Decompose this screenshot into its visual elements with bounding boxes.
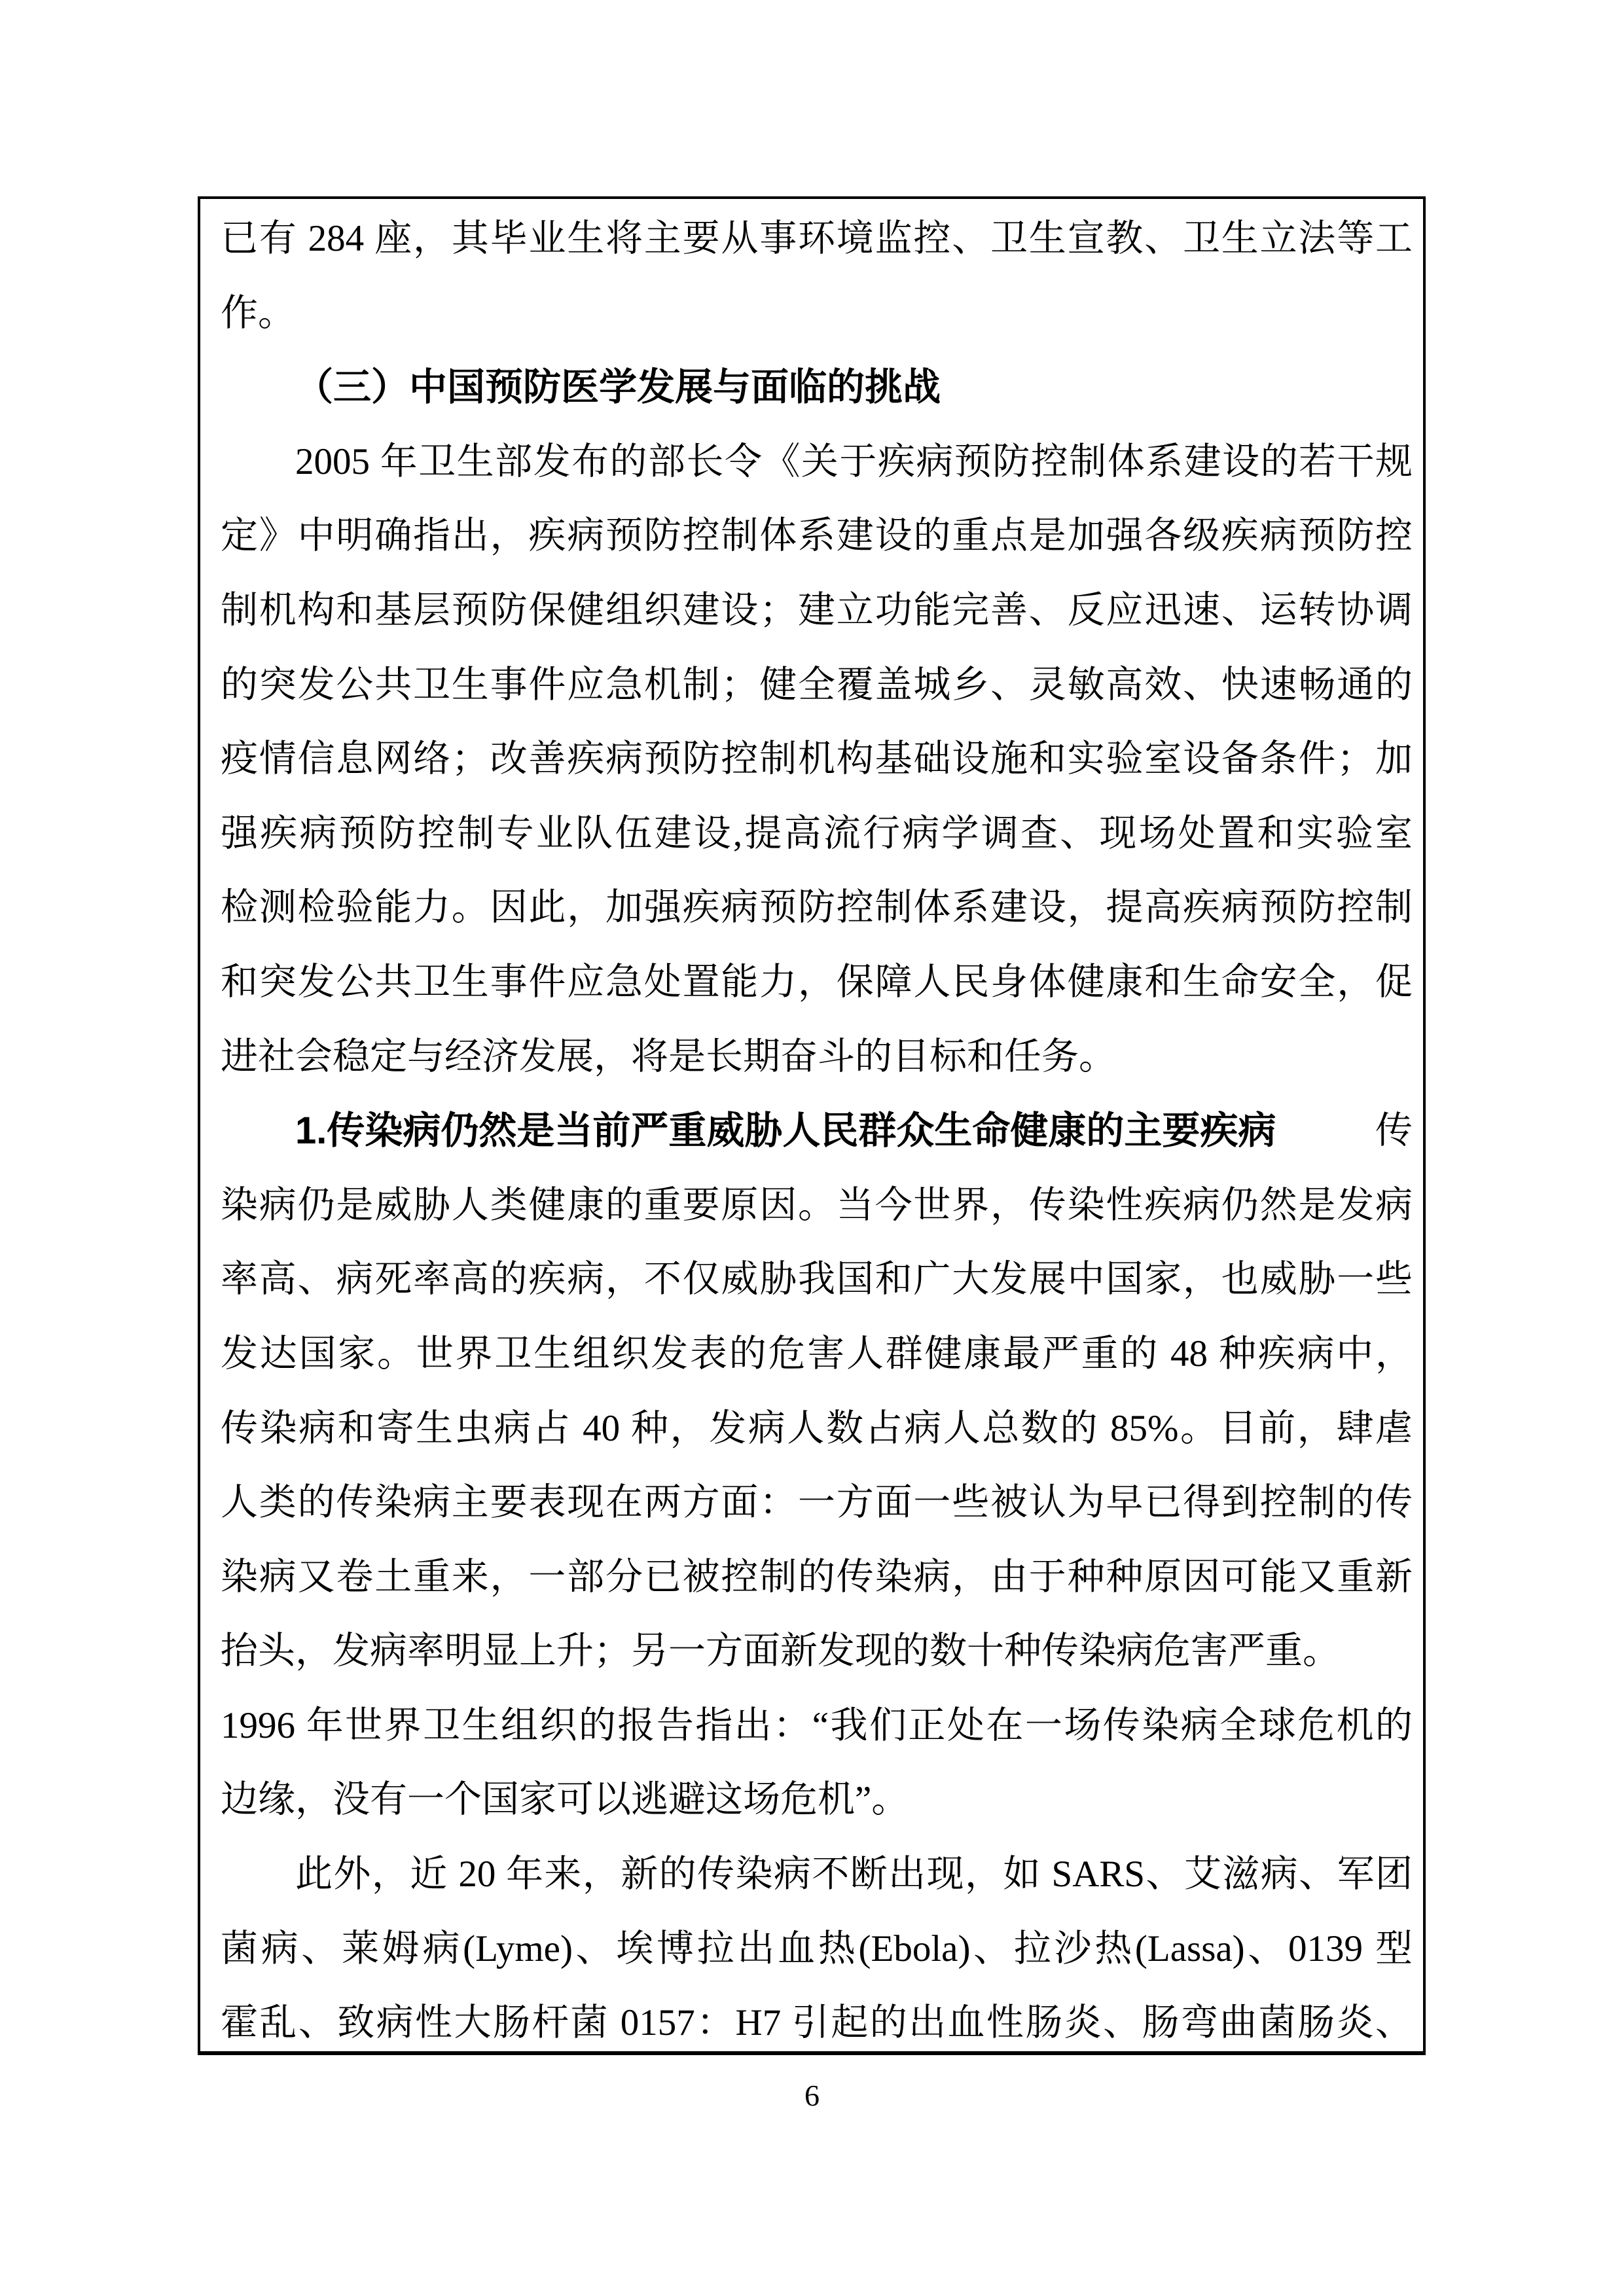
text-line: 的突发公共卫生事件应急机制；健全覆盖城乡、灵敏高效、快速畅通的: [221, 648, 1413, 723]
text-line: 1996 年世界卫生组织的报告指出：“我们正处在一场传染病全球危机的: [221, 1689, 1413, 1763]
text-line: 疫情信息网络；改善疾病预防控制机构基础设施和实验室设备条件；加: [221, 722, 1413, 797]
text-line: 强疾病预防控制专业队伍建设,提高流行病学调查、现场处置和实验室: [221, 797, 1413, 871]
text-line: 率高、病死率高的疾病，不仅威胁我国和广大发展中国家，也威胁一些: [221, 1242, 1413, 1317]
text-line: 菌病、莱姆病(Lyme)、埃博拉出血热(Ebola)、拉沙热(Lassa)、01…: [221, 1912, 1413, 1986]
section-heading: （三）中国预防医学发展与面临的挑战: [221, 350, 1413, 425]
text-line: 人类的传染病主要表现在两方面：一方面一些被认为早已得到控制的传: [221, 1465, 1413, 1540]
document-text-frame: 已有 284 座，其毕业生将主要从事环境监控、卫生宣教、卫生立法等工 作。 （三…: [198, 196, 1426, 2055]
text-line: 进社会稳定与经济发展，将是长期奋斗的目标和任务。: [221, 1020, 1413, 1094]
text-line: 染病仍是威胁人类健康的重要原因。当今世界，传染性疾病仍然是发病: [221, 1168, 1413, 1243]
text-line: 作。: [221, 276, 1413, 351]
page-number: 6: [0, 2076, 1624, 2115]
text-line: 传染病和寄生虫病占 40 种，发病人数占病人总数的 85%。目前，肆虐: [221, 1391, 1413, 1466]
sub-heading-line: 1.传染病仍然是当前严重威胁人民群众生命健康的主要疾病 传: [221, 1094, 1413, 1168]
text-line: 抬头，发病率明显上升；另一方面新发现的数十种传染病危害严重。: [221, 1614, 1413, 1689]
document-page: 已有 284 座，其毕业生将主要从事环境监控、卫生宣教、卫生立法等工 作。 （三…: [0, 0, 1624, 2296]
text-line: 边缘，没有一个国家可以逃避这场危机”。: [221, 1763, 1413, 1837]
text-line: 此外，近 20 年来，新的传染病不断出现，如 SARS、艾滋病、军团: [221, 1837, 1413, 1912]
text-line: 霍乱、致病性大肠杆菌 0157：H7 引起的出血性肠炎、肠弯曲菌肠炎、: [221, 1986, 1413, 2055]
text-line: 定》中明确指出，疾病预防控制体系建设的重点是加强各级疾病预防控: [221, 499, 1413, 573]
text-line: 制机构和基层预防保健组织建设；建立功能完善、反应迅速、运转协调: [221, 573, 1413, 648]
sub-heading-tail: 传: [1375, 1094, 1413, 1168]
sub-heading-bold: 1.传染病仍然是当前严重威胁人民群众生命健康的主要疾病: [295, 1094, 1276, 1168]
text-line: 发达国家。世界卫生组织发表的危害人群健康最严重的 48 种疾病中，: [221, 1317, 1413, 1391]
text-line: 染病又卷土重来，一部分已被控制的传染病，由于种种原因可能又重新: [221, 1540, 1413, 1615]
text-line: 已有 284 座，其毕业生将主要从事环境监控、卫生宣教、卫生立法等工: [221, 202, 1413, 276]
text-line: 检测检验能力。因此，加强疾病预防控制体系建设，提高疾病预防控制: [221, 870, 1413, 945]
text-line: 2005 年卫生部发布的部长令《关于疾病预防控制体系建设的若干规: [221, 425, 1413, 499]
text-line: 和突发公共卫生事件应急处置能力，保障人民身体健康和生命安全，促: [221, 945, 1413, 1020]
